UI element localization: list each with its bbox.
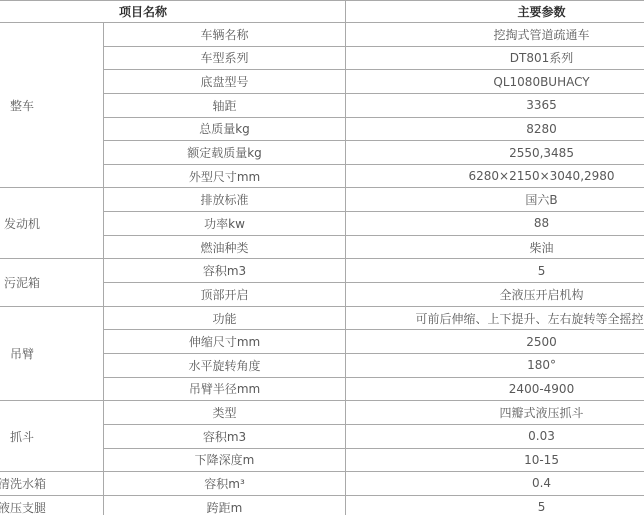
item-cell: 下降深度m [104,448,346,472]
group-cell: 发动机 [0,188,104,259]
item-cell: 水平旋转角度 [104,353,346,377]
item-cell: 车辆名称 [104,23,346,47]
spec-table-viewport: 项目名称 主要参数 整车车辆名称挖掏式管道疏通车车型系列DT801系列底盘型号Q… [0,0,644,515]
header-row: 项目名称 主要参数 [0,1,644,23]
item-cell: 容积m3 [104,424,346,448]
group-cell: 污泥箱 [0,259,104,306]
table-row: 发动机排放标准国六B [0,188,644,212]
item-cell: 外型尺寸mm [104,164,346,188]
value-cell: QL1080BUHACY [346,70,644,94]
header-main-params: 主要参数 [346,1,644,23]
header-item-name: 项目名称 [0,1,346,23]
item-cell: 跨距m [104,495,346,515]
table-row: 清洗水箱容积m³0.4 [0,472,644,496]
value-cell: 10-15 [346,448,644,472]
value-cell: 全液压开启机构 [346,283,644,307]
value-cell: 可前后伸缩、上下提升、左右旋转等全摇控操作 [346,306,644,330]
item-cell: 总质量kg [104,117,346,141]
value-cell: 3365 [346,93,644,117]
value-cell: 5 [346,495,644,515]
group-cell: 整车 [0,23,104,188]
value-cell: 88 [346,212,644,236]
item-cell: 燃油种类 [104,235,346,259]
value-cell: 6280×2150×3040,2980 [346,164,644,188]
value-cell: 2400-4900 [346,377,644,401]
table-row: 抓斗类型四瓣式液压抓斗 [0,401,644,425]
item-cell: 功率kw [104,212,346,236]
value-cell: 2550,3485 [346,141,644,165]
value-cell: 2500 [346,330,644,354]
group-cell: 吊臂 [0,306,104,401]
value-cell: 国六B [346,188,644,212]
vehicle-spec-table: 项目名称 主要参数 整车车辆名称挖掏式管道疏通车车型系列DT801系列底盘型号Q… [0,0,644,515]
value-cell: 180° [346,353,644,377]
item-cell: 容积m3 [104,259,346,283]
item-cell: 伸缩尺寸mm [104,330,346,354]
value-cell: 8280 [346,117,644,141]
table-row: 污泥箱容积m35 [0,259,644,283]
item-cell: 底盘型号 [104,70,346,94]
item-cell: 类型 [104,401,346,425]
item-cell: 容积m³ [104,472,346,496]
value-cell: 5 [346,259,644,283]
group-cell: 清洗水箱 [0,472,104,496]
value-cell: 柴油 [346,235,644,259]
spec-table-body: 整车车辆名称挖掏式管道疏通车车型系列DT801系列底盘型号QL1080BUHAC… [0,23,644,515]
item-cell: 顶部开启 [104,283,346,307]
item-cell: 轴距 [104,93,346,117]
item-cell: 车型系列 [104,46,346,70]
value-cell: DT801系列 [346,46,644,70]
value-cell: 0.4 [346,472,644,496]
value-cell: 挖掏式管道疏通车 [346,23,644,47]
value-cell: 0.03 [346,424,644,448]
group-cell: 液压支腿 [0,495,104,515]
table-row: 整车车辆名称挖掏式管道疏通车 [0,23,644,47]
item-cell: 功能 [104,306,346,330]
table-row: 液压支腿跨距m5 [0,495,644,515]
item-cell: 排放标准 [104,188,346,212]
value-cell: 四瓣式液压抓斗 [346,401,644,425]
group-cell: 抓斗 [0,401,104,472]
item-cell: 吊臂半径mm [104,377,346,401]
item-cell: 额定载质量kg [104,141,346,165]
table-row: 吊臂功能可前后伸缩、上下提升、左右旋转等全摇控操作 [0,306,644,330]
